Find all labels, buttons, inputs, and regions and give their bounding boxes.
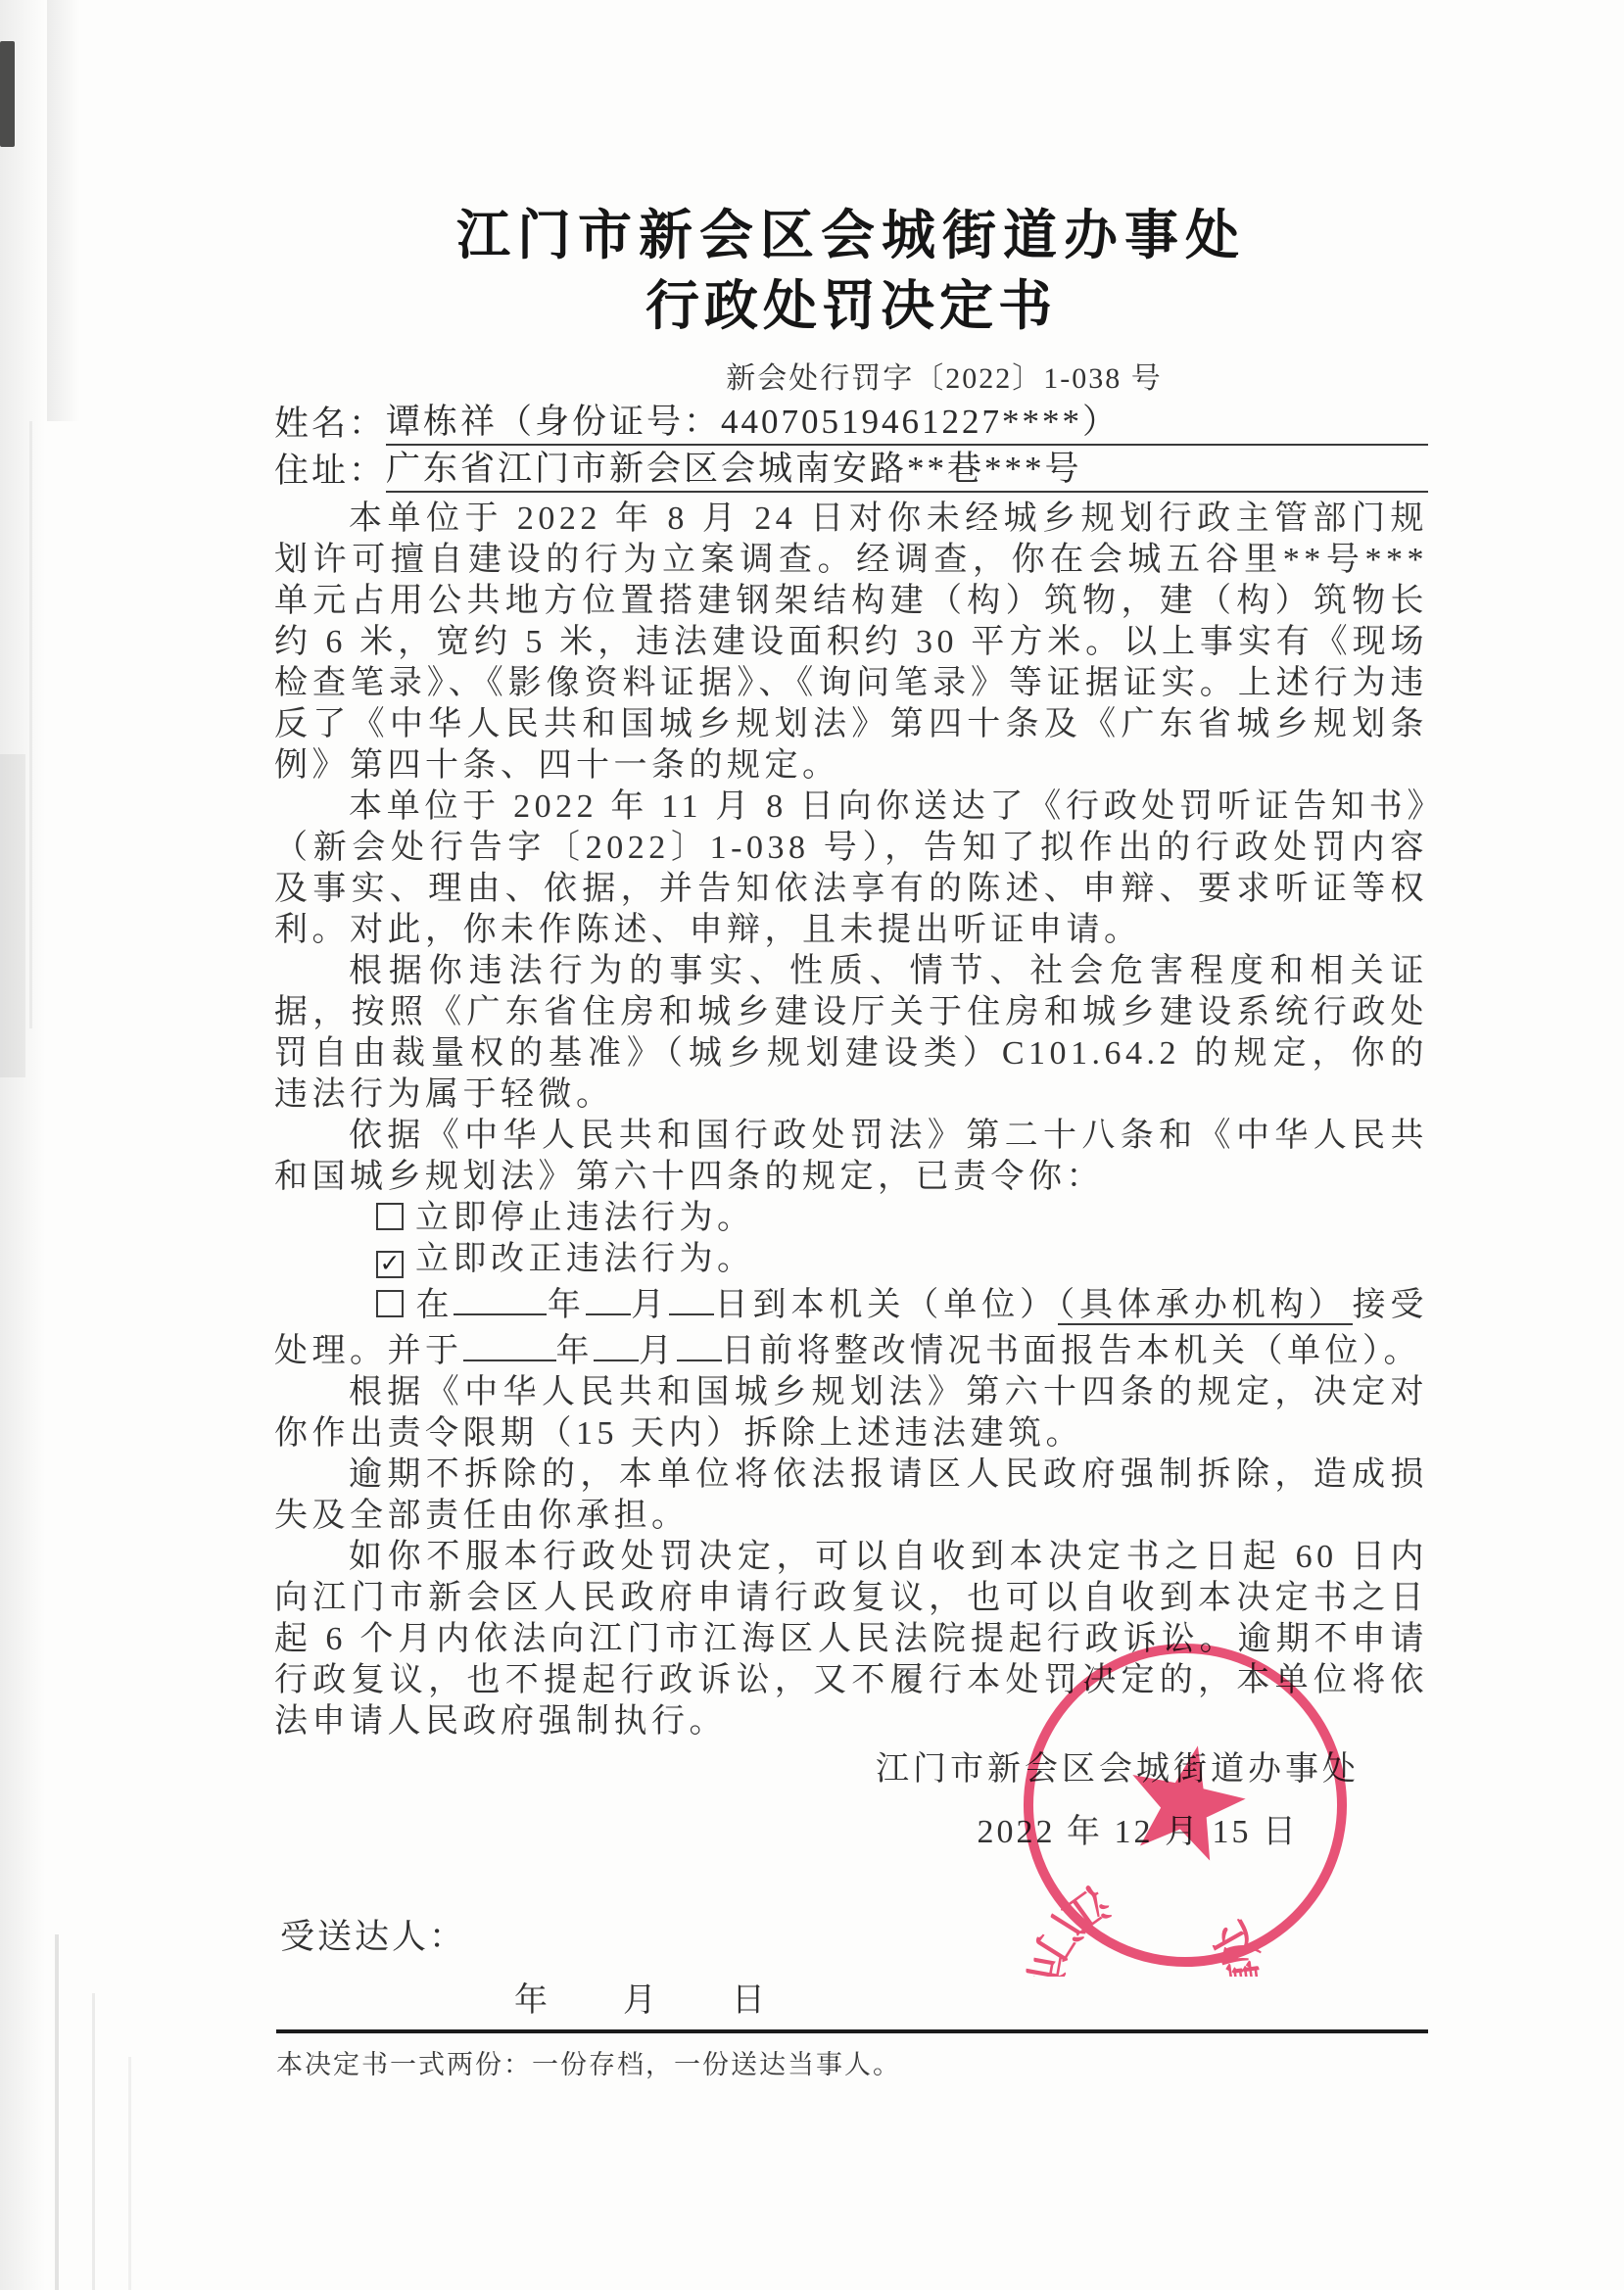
name-field-row: 姓名： 谭栋祥（身份证号：44070519461227****） [274,399,1428,446]
scan-artifact-streak [29,421,32,1028]
paragraph-appeal-rights: 如你不服本行政处罚决定，可以自收到本决定书之日起 60 日内向江门市新会区人民政… [274,1537,1428,1742]
paragraph-forced-demolition: 逾期不拆除的，本单位将依法报请区人民政府强制拆除，造成损失及全部责任由你承担。 [274,1455,1428,1537]
blank-day-line [677,1326,722,1361]
order-item-report-seg: 在 [415,1287,454,1323]
name-label: 姓名： [274,397,386,446]
scan-artifact-streak [55,1934,59,2290]
scanned-document-page: 江门市新会区会城街道办事处 行政处罚决定书 新会处行罚字〔2022〕1-038 … [0,0,1624,2290]
checkbox-unchecked-icon [376,1203,404,1230]
signature-date: 2022 年 12 月 15 日 [978,1804,1300,1852]
scan-artifact-streak [0,754,25,1077]
scan-artifact-edge-tint [0,0,45,2290]
order-item-report-seg: 年 [547,1287,585,1323]
scan-artifact-streak [92,1993,95,2290]
order-item-report-seg: 年 [556,1333,595,1369]
order-item-correct: ✓立即改正违法行为。 [274,1239,1428,1280]
signature-organization: 江门市新会区会城街道办事处 [876,1741,1360,1789]
order-item-report-seg: 月 [631,1287,669,1323]
scan-artifact-streak [128,2057,131,2290]
order-item-stop-label: 立即停止违法行为。 [415,1200,755,1236]
paragraph-investigation: 本单位于 2022 年 8 月 24 日对你未经城乡规划行政主管部门规划许可擅自… [274,499,1428,787]
blank-year-line [463,1326,556,1361]
order-item-report-seg: 日前将整改情况书面报告本机关（单位）。 [722,1333,1422,1369]
document-content: 江门市新会区会城街道办事处 行政处罚决定书 新会处行罚字〔2022〕1-038 … [274,0,1428,2290]
address-value: 广东省江门市新会区会城南安路**巷***号 [386,442,1428,493]
blank-year-line [454,1280,547,1315]
footer-divider [276,2029,1428,2033]
blank-month-line [586,1280,631,1315]
document-title-type: 行政处罚决定书 [274,271,1428,342]
footer-note: 本决定书一式两份：一份存档，一份送达当事人。 [276,2043,901,2081]
address-field-row: 住址： 广东省江门市新会区会城南安路**巷***号 [274,446,1428,493]
recipient-label: 受送达人： [280,1910,466,1959]
document-number: 新会处行罚字〔2022〕1-038 号 [367,359,1521,399]
name-value: 谭栋祥（身份证号：44070519461227****） [386,395,1428,446]
paragraph-hearing-notice: 本单位于 2022 年 11 月 8 日向你送达了《行政处罚听证告知书》（新会处… [274,787,1428,951]
scan-artifact-streak [47,0,80,421]
document-title-org: 江门市新会区会城街道办事处 [274,201,1428,271]
blank-month-line [594,1326,639,1361]
blank-day-line [669,1280,714,1315]
address-label: 住址： [274,444,386,493]
order-item-report-seg: 日到本机关（单位） [714,1287,1058,1323]
paragraph-discretion-basis: 根据你违法行为的事实、性质、情节、社会危害程度和相关证据，按照《广东省住房和城乡… [274,951,1428,1116]
scan-artifact-dark-mark [0,41,15,147]
order-item-report: 在年月日到本机关（单位）（具体承办机构）接受处理。并于年月日前将整改情况书面报告… [274,1280,1428,1372]
order-item-correct-label: 立即改正违法行为。 [415,1241,755,1277]
checkbox-checked-icon: ✓ [376,1251,404,1278]
handling-agency-underlined: （具体承办机构） [1058,1287,1353,1325]
checkbox-unchecked-icon [376,1290,404,1317]
recipient-date-blanks: 年 月 日 [514,1973,768,2021]
order-item-report-seg: 月 [639,1333,677,1369]
paragraph-order-intro: 依据《中华人民共和国行政处罚法》第二十八条和《中华人民共和国城乡规划法》第六十四… [274,1116,1428,1198]
order-item-stop: 立即停止违法行为。 [274,1198,1428,1239]
paragraph-demolition-decision: 根据《中华人民共和国城乡规划法》第六十四条的规定，决定对你作出责令限期（15 天… [274,1372,1428,1455]
